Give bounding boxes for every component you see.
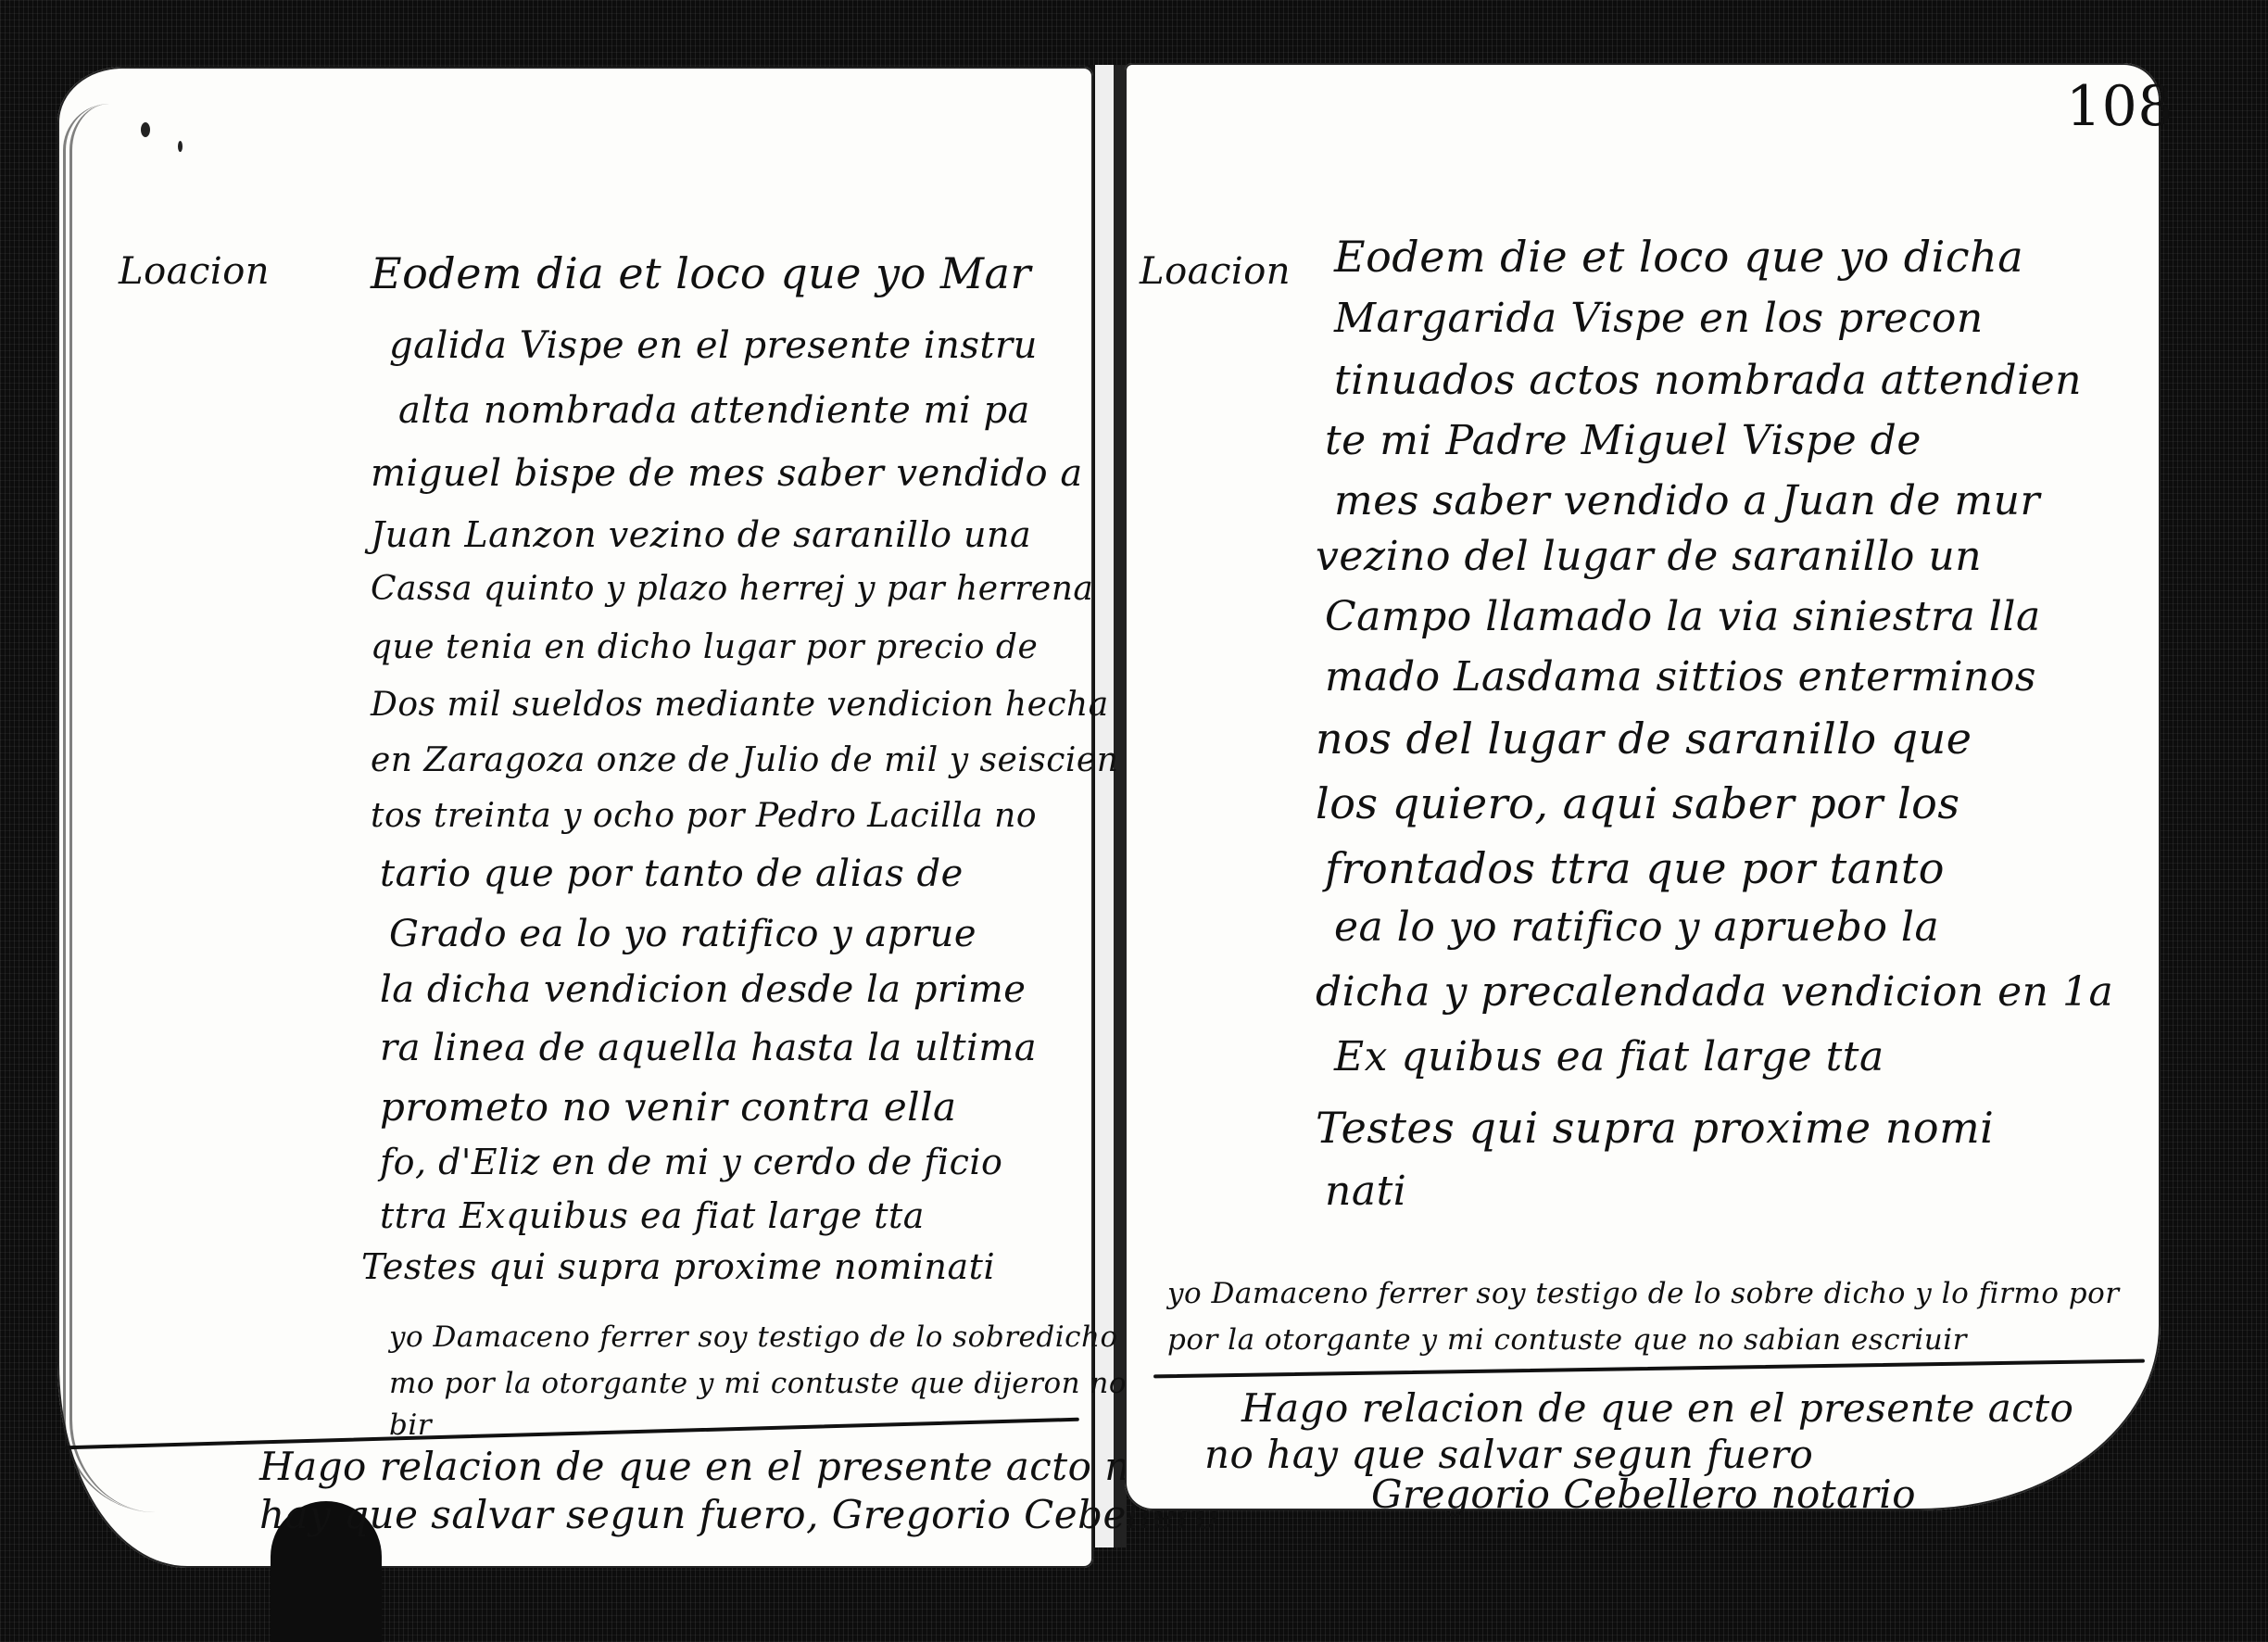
witness-line: yo Damaceno ferrer soy testigo de lo sob… [389, 1320, 1226, 1354]
text-line: Juan Lanzon vezino de saranillo una [371, 514, 1031, 555]
text-line: te mi Padre Miguel Vispe de [1325, 417, 1921, 464]
text-line: miguel bispe de mes saber vendido a [371, 452, 1083, 495]
ink-speck [141, 122, 150, 137]
text-line: Eodem dia et loco que yo Mar [371, 248, 1031, 298]
text-line: fo, d'Eliz en de mi y cerdo de ficio [380, 1142, 1002, 1182]
text-line: prometo no venir contra ella [380, 1084, 957, 1130]
notary-line: Hago relacion de que en el presente acto… [259, 1444, 1211, 1489]
witness-line: por la otorgante y mi contuste que no sa… [1167, 1323, 1967, 1357]
text-line: Campo llamado la via siniestra lla [1325, 593, 2041, 640]
text-line: Margarida Vispe en los precon [1334, 295, 1984, 342]
text-line: dicha y precalendada vendicion en 1a [1316, 968, 2113, 1016]
notary-signature: Gregorio Cebellero notario [1371, 1471, 1916, 1517]
text-line: ea lo yo ratifico y apruebo la [1334, 903, 1939, 951]
left-margin-note: Loacion [119, 250, 270, 293]
text-line: Testes qui supra proxime nominati [361, 1246, 995, 1287]
ink-speck [178, 141, 183, 152]
witness-line: yo Damaceno ferrer soy testigo de lo sob… [1167, 1277, 2120, 1310]
text-line: tinuados actos nombrada attendien [1334, 357, 2082, 404]
text-line: Testes qui supra proxime nomi [1316, 1103, 1994, 1153]
text-line: Dos mil sueldos mediante vendicion hecha [371, 686, 1109, 724]
text-line: que tenia en dicho lugar por precio de [371, 628, 1038, 666]
text-line: frontados ttra que por tanto [1325, 843, 1945, 893]
text-line: Grado ea lo yo ratifico y aprue [389, 913, 976, 955]
text-line: galida Vispe en el presente instru [389, 324, 1038, 367]
text-line: ttra Exquibus ea fiat large tta [380, 1195, 925, 1236]
text-line: mes saber vendido a Juan de mur [1334, 477, 2040, 524]
text-line: nos del lugar de saranillo que [1316, 714, 1972, 764]
text-line: vezino del lugar de saranillo un [1316, 533, 1982, 580]
text-line: tario que por tanto de alias de [380, 853, 964, 895]
right-margin-note: Loacion [1140, 250, 1291, 293]
notary-line: no hay que salvar segun fuero [1204, 1432, 1813, 1477]
text-line: Eodem die et loco que yo dicha [1334, 232, 2023, 282]
notary-line: hay que salvar segun fuero, Gregorio Ceb… [259, 1492, 1218, 1537]
text-line: Ex quibus ea fiat large tta [1334, 1033, 1884, 1080]
notary-line: Hago relacion de que en el presente acto [1241, 1385, 2073, 1431]
text-line: tos treinta y ocho por Pedro Lacilla no [371, 797, 1037, 835]
text-line: en Zaragoza onze de Julio de mil y seisc… [371, 741, 1118, 779]
text-line: alta nombrada attendiente mi pa [398, 389, 1030, 432]
text-line: mado Lasdama sittios enterminos [1325, 653, 2036, 701]
page-number: 108 [2066, 74, 2173, 139]
text-line: los quiero, aqui saber por los [1316, 778, 1959, 828]
text-line: la dicha vendicion desde la prime [380, 968, 1026, 1011]
text-line: nati [1325, 1168, 1406, 1215]
text-line: ra linea de aquella hasta la ultima [380, 1027, 1037, 1069]
text-line: Cassa quinto y plazo herrej y par herren… [371, 570, 1093, 608]
